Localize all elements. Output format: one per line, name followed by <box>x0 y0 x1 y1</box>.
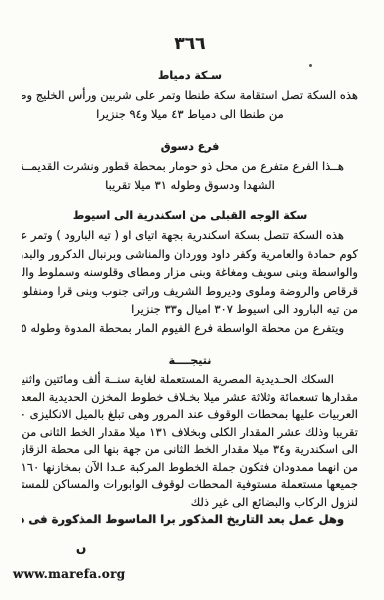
ink-speck <box>309 64 312 67</box>
text-line: تقريبا وذلك عشر المقدار الكلى وبخلاف ١٣١… <box>22 424 358 442</box>
text-line: ويتفرع من محطة الواسطة فرع الفيوم المار … <box>22 319 358 338</box>
text-line: من انهما ممدودان فتكون جملة الخطوط المرك… <box>22 459 358 477</box>
text-line: لنزول الركاب والبضائع الى غير ذلك <box>22 494 358 512</box>
text-line: والواسطة وبنى سويف ومغاغة وبنى مزار ومطا… <box>22 263 358 282</box>
section-heading-conclusion: نتيجــــة <box>22 354 358 368</box>
text-line: السكك الحـديدية المصرية المستعملة لغاية … <box>22 371 358 389</box>
page-number: ٣٦٦ <box>22 0 358 54</box>
section-heading-desouk-branch: فرع دسوق <box>22 140 358 154</box>
section-heading-damietta-line: سـكة دمياط <box>22 69 358 83</box>
text-line: من طنطا الى دمياط ٤٣ ميلا و٩٤ جنزيرا <box>22 105 358 124</box>
section-desouk-branch: هــذا الفرع متفرع من محل ذو حومار بمحطة … <box>22 157 358 194</box>
section-heading-upper-egypt-line: سكة الوجه القبلى من اسكندرية الى اسيوط <box>22 209 358 223</box>
text-line: الى اسكندرية و٣٤ ميلا مقدار الخط الثانى … <box>22 441 358 459</box>
text-line: العربيات عليها بمحطات الوقوف عند المرور … <box>22 406 358 424</box>
text-line: هذه السكة تصل استقامة سكة طنطا وتمر على … <box>22 86 358 105</box>
text-line: الشهدا ودسوق وطوله ٣١ ميلا تقريبا <box>22 176 358 195</box>
catchword-mark: ں <box>76 541 86 555</box>
text-line: وهل عمل بعد التاريخ المذكور برا الماسوط … <box>22 511 358 529</box>
text-line: هذه السكة تتصل بسكة اسكندرية بجهة اتياى … <box>22 226 358 245</box>
page-content: ٣٦٦ سـكة دمياط هذه السكة تصل استقامة سكة… <box>0 0 384 529</box>
scanned-book-page: ٣٦٦ سـكة دمياط هذه السكة تصل استقامة سكة… <box>0 0 384 600</box>
text-line: جميعها مستعملة مستوفية المحطات لوقوف الو… <box>22 476 358 494</box>
text-line: قرقاص والروضة وملوى وديروط الشريف وراتى … <box>22 282 358 301</box>
section-conclusion: السكك الحـديدية المصرية المستعملة لغاية … <box>22 371 358 529</box>
section-upper-egypt-line: هذه السكة تتصل بسكة اسكندرية بجهة اتياى … <box>22 226 358 337</box>
section-damietta-line: هذه السكة تصل استقامة سكة طنطا وتمر على … <box>22 86 358 123</box>
text-line: هــذا الفرع متفرع من محل ذو حومار بمحطة … <box>22 157 358 176</box>
text-line: مقدارها تسعمائة وثلاثة عشر ميلا بخـلاف خ… <box>22 389 358 407</box>
marefa-watermark: www.marefa.org <box>13 567 125 581</box>
text-line: من تيه البارود الى اسيوط ٣٠٧ اميال و٣٣ ج… <box>22 300 358 319</box>
text-line: كوم حمادة والعامرية وكفر داود ووردان وال… <box>22 245 358 264</box>
